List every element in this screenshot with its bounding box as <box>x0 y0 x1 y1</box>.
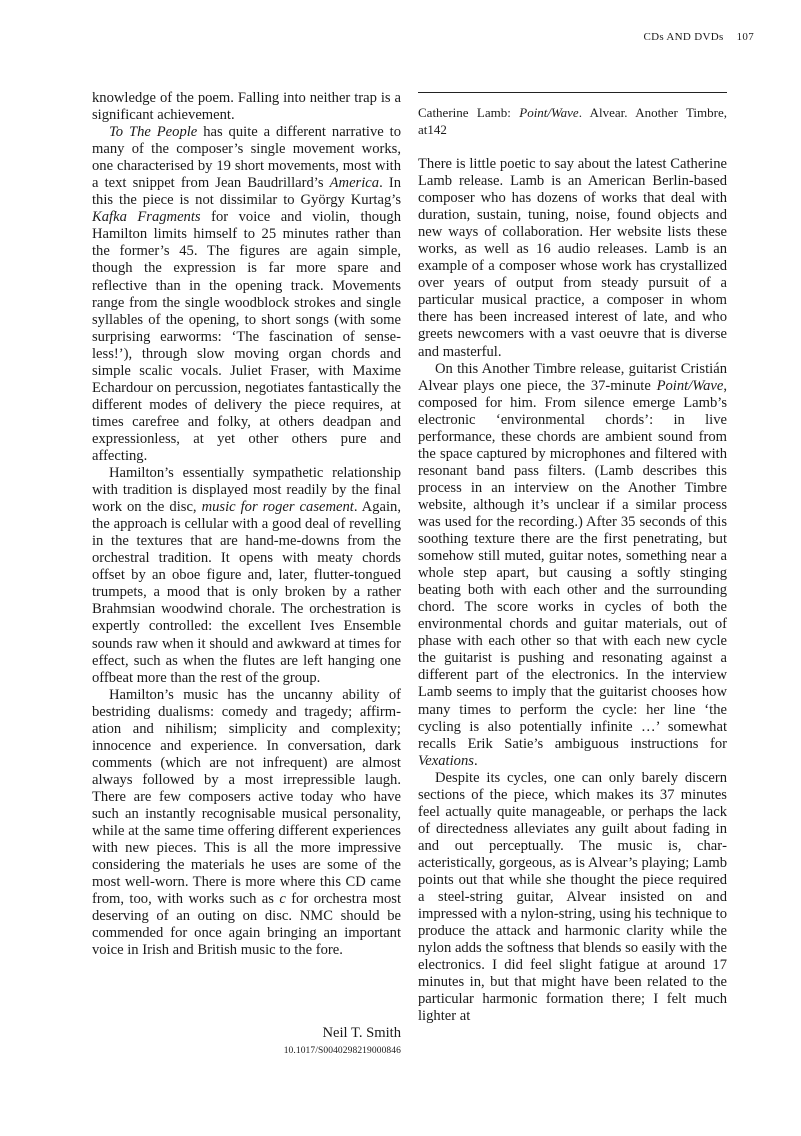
text-run: for voice and violin, though Hamilton li… <box>92 209 401 464</box>
review-heading: Catherine Lamb: Point/Wave. Alvear. Anot… <box>418 104 727 138</box>
page-number: 107 <box>737 31 754 43</box>
paragraph: Despite its cycles, one can only barely … <box>418 770 727 1026</box>
running-head: CDs AND DVDs 107 <box>644 31 754 43</box>
left-column: knowledge of the poem. Falling into neit… <box>92 90 401 959</box>
text-run: . Again, the approach is cellular with a… <box>92 499 401 685</box>
review-album-title: Point/Wave <box>519 105 578 120</box>
italic-title: Point/Wave <box>657 378 724 394</box>
text-run: Hamilton’s music has the uncanny ability… <box>92 687 401 908</box>
right-column: There is little poetic to say about the … <box>418 156 727 1025</box>
italic-title: Kafka Fragments <box>92 209 201 225</box>
text-run: There is little poetic to say about the … <box>418 156 727 360</box>
paragraph: There is little poetic to say about the … <box>418 156 727 361</box>
text-run: knowledge of the poem. Falling into neit… <box>92 90 401 123</box>
paragraph: On this Another Timbre release, guitaris… <box>418 361 727 770</box>
paragraph: knowledge of the poem. Falling into neit… <box>92 90 401 124</box>
review-author: Neil T. Smith <box>92 1025 401 1042</box>
paragraph: Hamilton’s essentially sympathetic relat… <box>92 465 401 687</box>
italic-title: music for roger casement <box>202 499 354 515</box>
italic-title: To The People <box>109 124 197 140</box>
text-run: , composed for him. From silence emerge … <box>418 378 727 752</box>
italic-title: America <box>330 175 379 191</box>
text-run: Despite its cycles, one can only barely … <box>418 770 727 1025</box>
review-separator-rule <box>418 92 727 93</box>
running-head-section: CDs AND DVDs <box>644 31 724 43</box>
paragraph: To The People has quite a different narr… <box>92 124 401 465</box>
italic-title: Vexations <box>418 753 474 769</box>
text-run: . <box>474 753 478 769</box>
paragraph: Hamilton’s music has the uncanny ability… <box>92 687 401 960</box>
review-composer: Catherine Lamb: <box>418 105 519 120</box>
doi-link[interactable]: 10.1017/S0040298219000846 <box>92 1046 401 1056</box>
